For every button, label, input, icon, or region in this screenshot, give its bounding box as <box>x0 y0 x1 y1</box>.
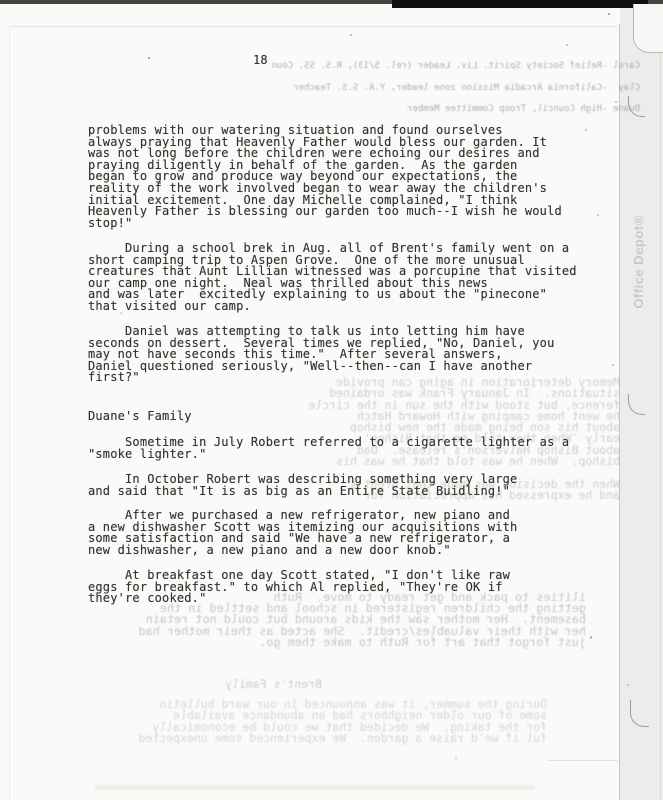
scan-speck <box>455 757 457 759</box>
scan-speck <box>120 312 122 314</box>
faint-scan-line <box>548 760 618 761</box>
paragraph-new-appliances: After we purchased a new refrigerator, n… <box>88 510 517 556</box>
paragraph-daniel-seconds: Daniel was attempting to talk us into le… <box>88 326 555 384</box>
scanned-document-page: { "page": { "number": "18" }, "document"… <box>0 0 663 800</box>
paragraph-garden: problems with our watering situation and… <box>88 125 562 229</box>
section-heading-duanes-family: Duane's Family <box>88 411 192 423</box>
scan-speck <box>585 129 587 131</box>
ghost-heading-brents-family: Brent's Family <box>210 677 322 691</box>
scan-speck <box>597 214 599 216</box>
scan-speck <box>350 34 352 36</box>
scan-speck <box>232 441 234 443</box>
page-top-edge <box>10 26 618 27</box>
scan-top-bar-dark <box>392 0 648 8</box>
office-depot-watermark: Office Depot® <box>631 192 645 332</box>
page-number: 18 <box>253 55 268 67</box>
page-left-edge <box>9 26 10 800</box>
paragraph-camping-trip: During a school brek in Aug. all of Bren… <box>88 243 577 313</box>
scanner-strip-edge <box>660 8 661 800</box>
paragraph-entire-state-building: In October Robert was describing somethi… <box>88 474 517 497</box>
scan-speck <box>615 101 617 103</box>
ghost-text-garden-intro: During the summer, it was announced in o… <box>157 699 547 745</box>
ghost-text-callings-list: Carol -Relief Society Spirit. Liv. Leade… <box>326 56 640 121</box>
scan-speck <box>627 684 629 686</box>
paragraph-raw-eggs: At breakfast one day Scott stated, "I do… <box>88 570 510 605</box>
scan-speck <box>148 57 150 59</box>
page-bottom-smudge <box>95 786 535 789</box>
scan-speck <box>612 364 614 366</box>
scan-speck <box>608 13 610 15</box>
sheet-protector-corner <box>633 4 663 53</box>
scan-speck <box>590 636 592 639</box>
scan-speck <box>566 44 568 46</box>
paragraph-smoke-lighter: Sometime in July Robert referred to a ci… <box>88 437 569 460</box>
